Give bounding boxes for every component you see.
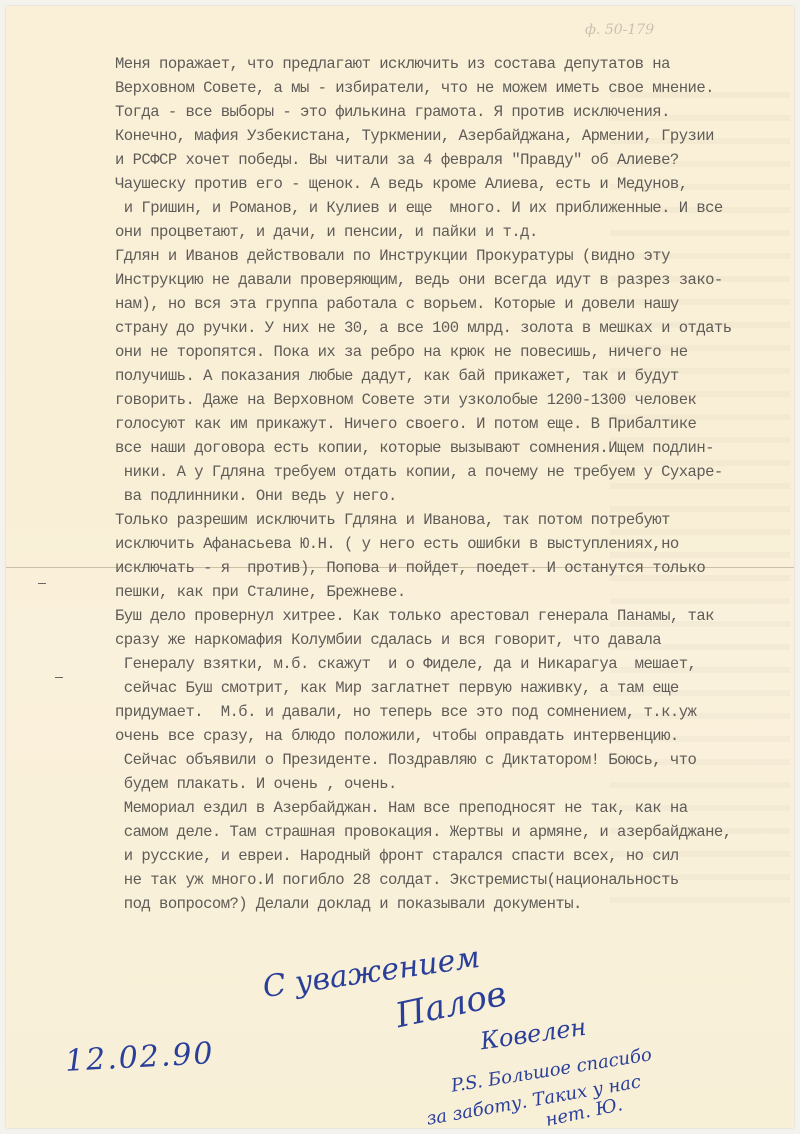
typed-line: и Гришин, и Романов, и Кулиев и еще мног… [115, 196, 800, 220]
typed-line: они не торопятся. Пока их за ребро на кр… [115, 340, 800, 364]
typed-line: под вопросом?) Делали доклад и показывал… [115, 892, 800, 916]
typed-line: Гдлян и Иванов действовали по Инструкции… [115, 244, 800, 268]
typed-line: самом деле. Там страшная провокация. Жер… [115, 820, 800, 844]
typed-line: страну до ручки. У них не 30, а все 100 … [115, 316, 800, 340]
typed-line: ва подлинники. Они ведь у него. [115, 484, 800, 508]
typed-line: очень все сразу, на блюдо положили, чтоб… [115, 724, 800, 748]
typed-line: Мемориал ездил в Азербайджан. Нам все пр… [115, 796, 800, 820]
typed-line: Сейчас объявили о Президенте. Поздравляю… [115, 748, 800, 772]
typed-line: Тогда - все выборы - это филькина грамот… [115, 100, 800, 124]
typed-letter-body: Меня поражает, что предлагают исключить … [115, 52, 800, 916]
typed-line: все наши договора есть копии, которые вы… [115, 436, 800, 460]
typed-line: говорить. Даже на Верховном Совете эти у… [115, 388, 800, 412]
typed-line: исключать - я против), Попова и пойдет, … [115, 556, 800, 580]
typed-line: Верховном Совете, а мы - избиратели, что… [115, 76, 800, 100]
typed-line: придумает. М.б. и давали, но теперь все … [115, 700, 800, 724]
typed-line: не так уж много.И погибло 28 солдат. Экс… [115, 868, 800, 892]
archive-mark: ф. 50-179 [585, 22, 654, 38]
typed-line: Только разрешим исключить Гдляна и Ивано… [115, 508, 800, 532]
typed-line: и РСФСР хочет победы. Вы читали за 4 фев… [115, 148, 800, 172]
typed-line: Меня поражает, что предлагают исключить … [115, 52, 800, 76]
typed-line: они процветают, и дачи, и пенсии, и пайк… [115, 220, 800, 244]
typed-line: Конечно, мафия Узбекистана, Туркмении, А… [115, 124, 800, 148]
typed-line: будем плакать. И очень , очень. [115, 772, 800, 796]
typed-line: голосуют как им прикажут. Ничего своего.… [115, 412, 800, 436]
typed-line: Чаушеску против его - щенок. А ведь кром… [115, 172, 800, 196]
typed-line: сейчас Буш смотрит, как Мир заглатнет пе… [115, 676, 800, 700]
typed-line: Инструкцию не давали проверяющим, ведь о… [115, 268, 800, 292]
typed-line: исключить Афанасьева Ю.Н. ( у него есть … [115, 532, 800, 556]
typed-line: ники. А у Гдляна требуем отдать копии, а… [115, 460, 800, 484]
typed-line: нам), но вся эта группа работала с ворье… [115, 292, 800, 316]
typed-line: Буш дело провернул хитрее. Как только ар… [115, 604, 800, 628]
typed-line: пешки, как при Сталине, Брежневе. [115, 580, 800, 604]
typed-line: сразу же наркомафия Колумбии сдалась и в… [115, 628, 800, 652]
typed-line: получишь. А показания любые дадут, как б… [115, 364, 800, 388]
margin-dash [55, 677, 63, 678]
margin-dash [38, 583, 46, 584]
typed-line: и русские, и евреи. Народный фронт стара… [115, 844, 800, 868]
typed-line: Генералу взятки, м.б. скажут и о Фиделе,… [115, 652, 800, 676]
